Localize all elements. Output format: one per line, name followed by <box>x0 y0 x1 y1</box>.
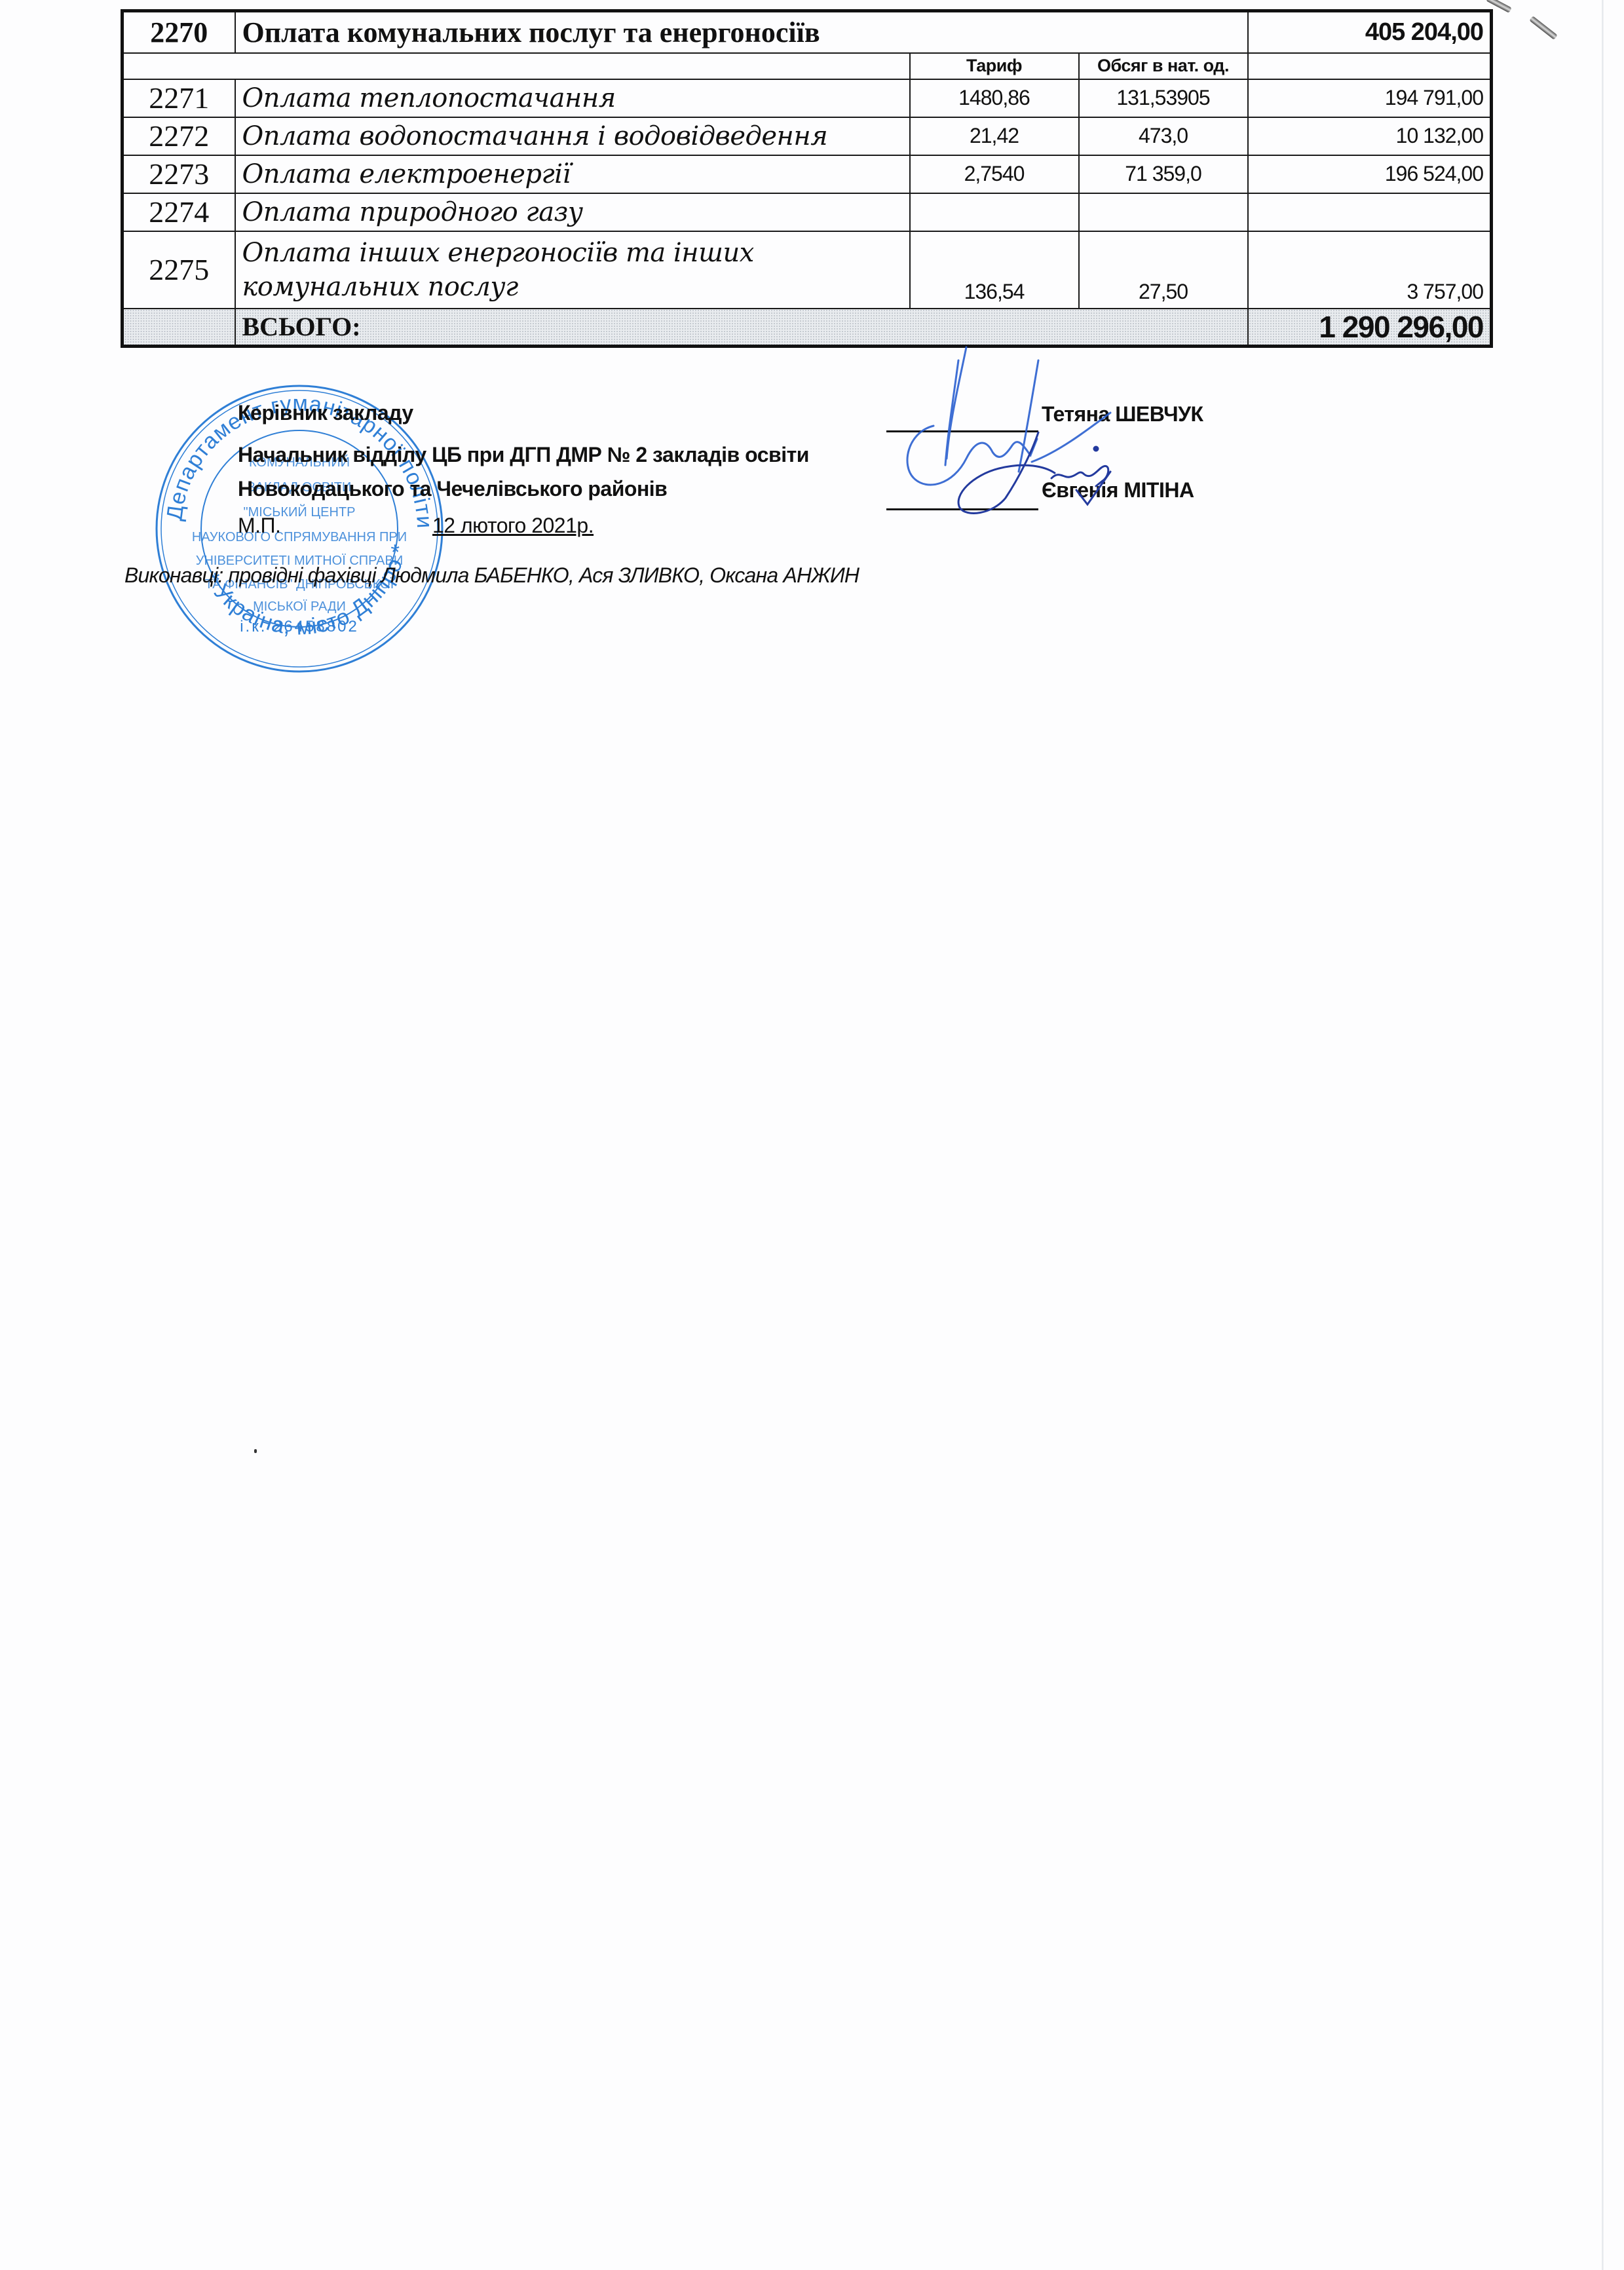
tariff-header: Тариф <box>910 53 1079 79</box>
row-amount: 194 791,00 <box>1248 79 1492 117</box>
row-amount <box>1248 193 1492 231</box>
total-spacer <box>123 309 235 347</box>
chief-title-line2: Новокодацького та Чечелівського районів <box>238 477 667 501</box>
scan-speck <box>254 1449 257 1453</box>
table-row: 2271 Оплата теплопостачання 1480,86 131,… <box>123 79 1492 117</box>
head-title: Керівник закладу <box>238 401 413 425</box>
row-code: 2275 <box>123 231 235 309</box>
total-amount: 1 290 296,00 <box>1248 309 1492 347</box>
staple-mark <box>1529 16 1557 40</box>
page-edge <box>1602 0 1604 2270</box>
row-amount: 10 132,00 <box>1248 117 1492 155</box>
row-code: 2272 <box>123 117 235 155</box>
svg-text:НАУКОВОГО СПРЯМУВАННЯ ПРИ: НАУКОВОГО СПРЯМУВАННЯ ПРИ <box>192 530 407 544</box>
column-header-row: Тариф Обсяг в нат. од. <box>123 53 1492 79</box>
amount-header <box>1248 53 1492 79</box>
row-code: 2271 <box>123 79 235 117</box>
row-volume: 71 359,0 <box>1079 155 1248 193</box>
seal-label: М.П. <box>238 514 280 538</box>
official-stamp: Департамент гуманітарної політики Дніпро… <box>152 381 447 676</box>
signing-date: 12 лютого 2021р. <box>432 514 594 538</box>
table-row: 2275 Оплата інших енергоносіїв та інших … <box>123 231 1492 309</box>
row-volume: 473,0 <box>1079 117 1248 155</box>
table-row: 2272 Оплата водопостачання і водовідведе… <box>123 117 1492 155</box>
total-row: ВСЬОГО: 1 290 296,00 <box>123 309 1492 347</box>
row-tariff: 1480,86 <box>910 79 1079 117</box>
row-tariff: 2,7540 <box>910 155 1079 193</box>
header-spacer <box>123 53 910 79</box>
svg-text:і.к. 26458802: і.к. 26458802 <box>240 618 359 635</box>
row-code: 2274 <box>123 193 235 231</box>
row-name: Оплата водопостачання і водовідведення <box>235 117 910 155</box>
row-tariff <box>910 193 1079 231</box>
utilities-budget-table: 2270 Оплата комунальних послуг та енерго… <box>121 9 1493 348</box>
handwritten-signatures <box>888 321 1189 518</box>
executors-note: Виконавці: провідні фахівці Людмила БАБЕ… <box>124 563 859 588</box>
row-code: 2273 <box>123 155 235 193</box>
row-name-line1: Оплата інших енергоносіїв та інших <box>242 236 903 270</box>
category-amount: 405 204,00 <box>1248 11 1492 53</box>
row-tariff: 21,42 <box>910 117 1079 155</box>
chief-title-line1: Начальник відділу ЦБ при ДГП ДМР № 2 зак… <box>238 443 809 467</box>
row-volume: 27,50 <box>1079 231 1248 309</box>
row-tariff: 136,54 <box>910 231 1079 309</box>
row-volume: 131,53905 <box>1079 79 1248 117</box>
svg-text:МІСЬКОЇ РАДИ: МІСЬКОЇ РАДИ <box>253 599 346 614</box>
table-row: 2274 Оплата природного газу <box>123 193 1492 231</box>
table-row: 2273 Оплата електроенергії 2,7540 71 359… <box>123 155 1492 193</box>
category-code: 2270 <box>123 11 235 53</box>
row-name: Оплата електроенергії <box>235 155 910 193</box>
row-name: Оплата теплопостачання <box>235 79 910 117</box>
row-amount: 196 524,00 <box>1248 155 1492 193</box>
row-name: Оплата інших енергоносіїв та інших комун… <box>235 231 910 309</box>
row-volume <box>1079 193 1248 231</box>
row-amount: 3 757,00 <box>1248 231 1492 309</box>
row-name-line2: комунальних послуг <box>242 270 903 304</box>
category-row: 2270 Оплата комунальних послуг та енерго… <box>123 11 1492 53</box>
category-title: Оплата комунальних послуг та енергоносії… <box>235 11 1248 53</box>
volume-header: Обсяг в нат. од. <box>1079 53 1248 79</box>
row-name: Оплата природного газу <box>235 193 910 231</box>
